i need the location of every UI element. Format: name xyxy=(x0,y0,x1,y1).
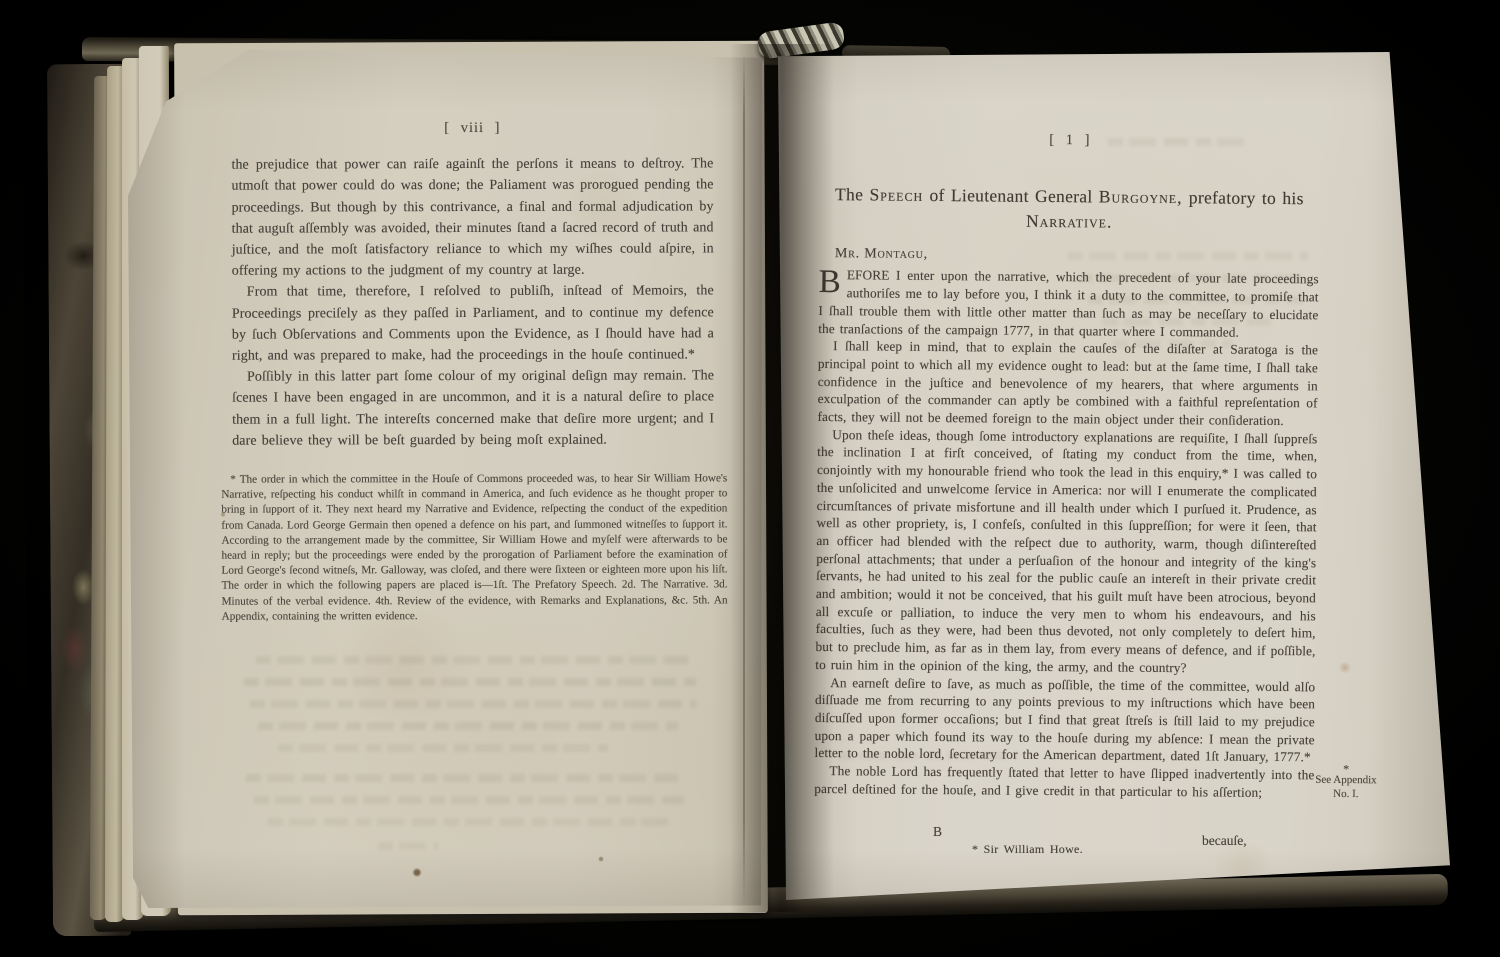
bleedthrough-line xyxy=(256,656,696,664)
title-mid1: of Lieutenant General xyxy=(923,185,1099,207)
left-paragraph: From that time, therefore, I reſolved to… xyxy=(232,281,714,367)
foxing-spot xyxy=(1338,662,1352,673)
margin-note-line1: See Appendix xyxy=(1315,774,1377,787)
right-page: [ 1 ] The Speech of Lieutenant General B… xyxy=(778,52,1450,900)
right-page-number: [ 1 ] xyxy=(820,130,1320,152)
left-paragraph: the prejudice that power can raiſe again… xyxy=(231,154,713,282)
bleedthrough-line xyxy=(246,774,686,782)
right-page-text-block: [ 1 ] The Speech of Lieutenant General B… xyxy=(814,130,1320,802)
left-page-text-block: [ viii ] the prejudice that power can ra… xyxy=(231,117,714,624)
title-speech: Speech xyxy=(869,184,923,204)
bleedthrough-line xyxy=(268,818,668,826)
speech-title: The Speech of Lieutenant General Burgoyn… xyxy=(819,182,1319,236)
stain xyxy=(412,868,422,877)
right-paragraph: An earneſt deſire to ſave, as much as po… xyxy=(814,674,1315,767)
spine-headband xyxy=(757,21,846,60)
page-fold-line xyxy=(743,50,745,908)
margin-note-line2: No. I. xyxy=(1333,787,1358,799)
left-page: [ viii ] the prejudice that power can ra… xyxy=(128,50,762,908)
bleedthrough-line xyxy=(254,796,684,804)
book-photograph: [ viii ] the prejudice that power can ra… xyxy=(0,0,1500,957)
stain xyxy=(328,610,478,720)
title-burgoyne: Burgoyne, xyxy=(1099,186,1183,207)
right-paragraph: I ſhall keep in mind, that to explain th… xyxy=(817,337,1318,430)
left-page-number: [ viii ] xyxy=(231,117,713,139)
margin-note: * See Appendix No. I. xyxy=(1294,764,1398,802)
right-paragraph: The noble Lord has frequently ſtated tha… xyxy=(814,762,1314,802)
foxing-spot xyxy=(1478,692,1500,726)
stain xyxy=(598,856,604,862)
bleedthrough-line xyxy=(250,700,696,708)
catchword: becauſe, xyxy=(1202,833,1247,849)
bleedthrough-line xyxy=(258,722,678,730)
right-page-body: BEFORE I enter upon the narrative, which… xyxy=(814,266,1319,801)
signature-mark: B xyxy=(933,824,942,840)
left-paragraph: Poſſibly in this latter part ſome colour… xyxy=(232,366,714,452)
bleedthrough-line xyxy=(278,744,608,752)
right-paragraph: Upon theſe ideas, though ſome introducto… xyxy=(815,426,1317,678)
right-paragraph: BEFORE I enter upon the narrative, which… xyxy=(818,266,1319,341)
salutation: Mr. Montagu, xyxy=(835,245,1319,267)
bleedthrough-line xyxy=(244,678,696,686)
right-page-footnote: * Sir William Howe. xyxy=(972,842,1083,857)
drop-cap: B xyxy=(819,266,847,297)
title-narrative: Narrative. xyxy=(1026,211,1113,232)
left-page-body: the prejudice that power can raiſe again… xyxy=(231,154,714,452)
margin-note-asterisk: * xyxy=(1294,764,1398,775)
bleedthrough-line xyxy=(378,842,438,850)
title-mid2: prefatory to his xyxy=(1182,187,1303,208)
title-lead: The xyxy=(835,184,870,204)
paragraph-text: EFORE I enter upon the narrative, which … xyxy=(818,268,1319,340)
left-page-footnote: * The order in which the committee in th… xyxy=(221,471,727,624)
